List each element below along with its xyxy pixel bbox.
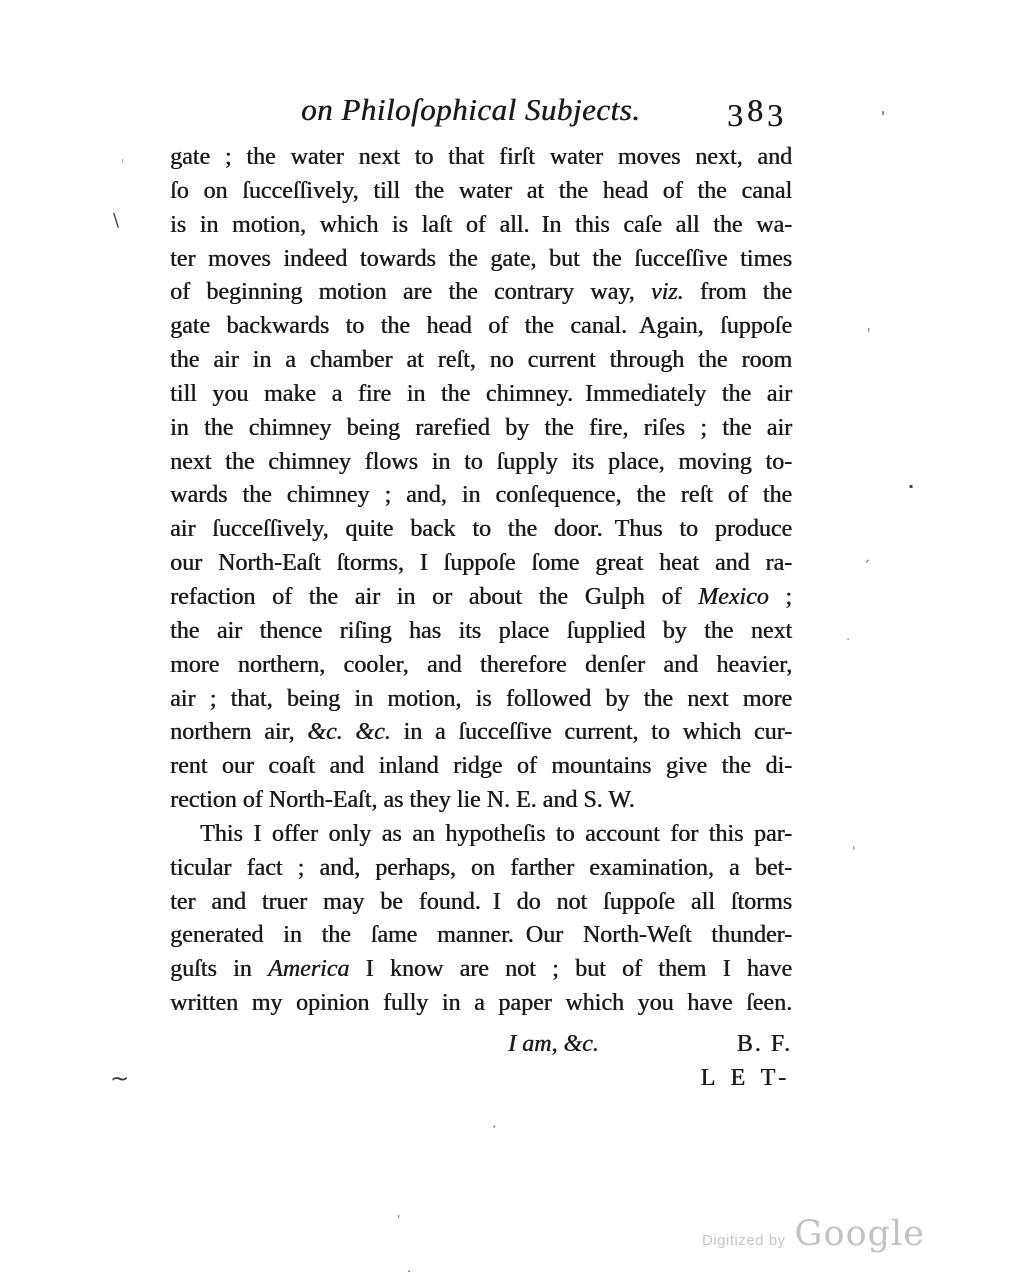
roman-text: refaction of the air in or about the Gul… xyxy=(170,584,698,610)
text-line-content: gate backwards to the head of the canal.… xyxy=(170,310,792,344)
text-line: refaction of the air in or about the Gul… xyxy=(170,581,792,615)
roman-text: is in motion, which is laſt of all. In t… xyxy=(170,212,792,238)
text-line-content: wards the chimney ; and, in conſequence,… xyxy=(170,479,792,513)
roman-text: northern air, xyxy=(170,719,307,745)
text-line: gate backwards to the head of the canal.… xyxy=(170,310,792,344)
body-text: gate ; the water next to that firſt wate… xyxy=(170,141,792,1096)
roman-text: wards the chimney ; and, in conſequence,… xyxy=(170,482,792,508)
roman-text: our North-Eaſt ſtorms, I ſuppoſe ſome gr… xyxy=(170,550,792,576)
text-line: written my opinion fully in a paper whic… xyxy=(170,987,792,1021)
scan-speck: ~ xyxy=(110,1068,129,1091)
book-page-scan: on Philoſophical Subjects. 383 gate ; th… xyxy=(0,0,1014,1282)
text-line-content: ter moves indeed towards the gate, but t… xyxy=(170,243,792,277)
roman-text: ticular fact ; and, perhaps, on farther … xyxy=(170,855,792,881)
text-line-content: ticular fact ; and, perhaps, on farther … xyxy=(170,852,792,886)
text-line-content: generated in the ſame manner. Our North-… xyxy=(170,919,792,953)
page-number: 383 xyxy=(727,92,787,129)
text-line-content: refaction of the air in or about the Gul… xyxy=(170,581,792,615)
text-line: in the chimney being rarefied by the fir… xyxy=(170,412,792,446)
text-line-content: our North-Eaſt ſtorms, I ſuppoſe ſome gr… xyxy=(170,547,792,581)
text-line-content: ſo on ſucceſſively, till the water at th… xyxy=(170,175,792,209)
scan-speck: ▪ xyxy=(909,484,913,490)
roman-text: from the xyxy=(683,279,792,305)
roman-text: ; xyxy=(769,584,792,610)
text-line-content: the air thence riſing has its place ſupp… xyxy=(170,615,792,649)
scan-speck: · xyxy=(492,1120,497,1135)
text-line-content: in the chimney being rarefied by the fir… xyxy=(170,412,792,446)
roman-text: gate backwards to the head of the canal.… xyxy=(170,313,792,339)
text-line: guſts in America I know are not ; but of… xyxy=(170,953,792,987)
text-line: our North-Eaſt ſtorms, I ſuppoſe ſome gr… xyxy=(170,547,792,581)
roman-text: the air thence riſing has its place ſupp… xyxy=(170,618,792,644)
text-line: next the chimney flows in to ſupply its … xyxy=(170,446,792,480)
text-line: ter moves indeed towards the gate, but t… xyxy=(170,243,792,277)
scan-speck: \ xyxy=(113,212,119,230)
roman-text: generated in the ſame manner. Our North-… xyxy=(170,922,792,948)
text-line-content: more northern, cooler, and therefore den… xyxy=(170,649,792,683)
running-header-title: on Philoſophical Subjects. xyxy=(301,92,640,128)
text-line-content: the air in a chamber at reſt, no current… xyxy=(170,344,792,378)
roman-text: more northern, cooler, and therefore den… xyxy=(170,652,792,678)
scan-speck: ´ xyxy=(863,560,871,575)
text-line-content: gate ; the water next to that firſt wate… xyxy=(170,141,792,175)
roman-text: till you make a fire in the chimney. Imm… xyxy=(170,381,792,407)
text-line: rection of North-Eaſt, as they lie N. E.… xyxy=(170,784,792,818)
running-header: on Philoſophical Subjects. 383 xyxy=(0,92,1014,138)
text-line: more northern, cooler, and therefore den… xyxy=(170,649,792,683)
scan-speck: · xyxy=(846,634,850,647)
italic-text: America xyxy=(268,956,349,982)
scan-speck: ' xyxy=(852,846,856,859)
roman-text: rent our coaſt and inland ridge of mount… xyxy=(170,753,792,779)
roman-text: ter and truer may be found. I do not ſup… xyxy=(170,889,792,915)
text-line-content: northern air, &c. &c. in a ſucceſſive cu… xyxy=(170,716,792,750)
text-line: rent our coaſt and inland ridge of mount… xyxy=(170,750,792,784)
roman-text: gate ; the water next to that firſt wate… xyxy=(170,144,792,170)
roman-text: next the chimney flows in to ſupply its … xyxy=(170,449,792,475)
italic-text: &c. &c. xyxy=(307,719,390,745)
text-line: This I offer only as an hypotheſis to ac… xyxy=(170,818,792,852)
scan-speck: ' xyxy=(867,328,871,341)
text-line-content: till you make a fire in the chimney. Imm… xyxy=(170,378,792,412)
text-line-content: This I offer only as an hypotheſis to ac… xyxy=(200,818,792,852)
roman-text: in the chimney being rarefied by the fir… xyxy=(170,415,792,441)
roman-text: air ; that, being in motion, is followed… xyxy=(170,686,792,712)
text-line-content: written my opinion fully in a paper whic… xyxy=(170,987,792,1021)
roman-text: in a ſucceſſive current, to which cur- xyxy=(391,719,792,745)
text-line-content: next the chimney flows in to ſupply its … xyxy=(170,446,792,480)
text-line: northern air, &c. &c. in a ſucceſſive cu… xyxy=(170,716,792,750)
text-line-content: rection of North-Eaſt, as they lie N. E.… xyxy=(170,784,635,818)
text-line: the air in a chamber at reſt, no current… xyxy=(170,344,792,378)
google-watermark: Digitized by Google xyxy=(702,1214,925,1254)
text-line: ticular fact ; and, perhaps, on farther … xyxy=(170,852,792,886)
roman-text: the air in a chamber at reſt, no current… xyxy=(170,347,792,373)
text-line-content: is in motion, which is laſt of all. In t… xyxy=(170,209,792,243)
roman-text: ter moves indeed towards the gate, but t… xyxy=(170,246,792,272)
text-line-content: guſts in America I know are not ; but of… xyxy=(170,953,792,987)
text-line: gate ; the water next to that firſt wate… xyxy=(170,141,792,175)
roman-text: air ſucceſſively, quite back to the door… xyxy=(170,516,792,542)
text-line: is in motion, which is laſt of all. In t… xyxy=(170,209,792,243)
text-line-content: of beginning motion are the contrary way… xyxy=(170,276,792,310)
text-line: ter and truer may be found. I do not ſup… xyxy=(170,886,792,920)
italic-text: viz. xyxy=(651,279,684,305)
text-line: of beginning motion are the contrary way… xyxy=(170,276,792,310)
roman-text: guſts in xyxy=(170,956,268,982)
closing-line: I am, &c.B. F. xyxy=(170,1028,792,1062)
roman-text: I know are not ; but of them I have xyxy=(349,956,792,982)
scan-speck: ' xyxy=(397,1214,400,1226)
text-line-content: rent our coaſt and inland ridge of mount… xyxy=(170,750,792,784)
italic-text: Mexico xyxy=(698,584,769,610)
scan-speck: · xyxy=(407,1266,411,1279)
page-number-digit: 3 xyxy=(727,97,747,134)
roman-text: rection of North-Eaſt, as they lie N. E.… xyxy=(170,787,635,813)
text-line: the air thence riſing has its place ſupp… xyxy=(170,615,792,649)
text-line: air ſucceſſively, quite back to the door… xyxy=(170,513,792,547)
roman-text: ſo on ſucceſſively, till the water at th… xyxy=(170,178,792,204)
page-number-digit: 3 xyxy=(767,97,787,134)
text-line-content: air ſucceſſively, quite back to the door… xyxy=(170,513,792,547)
scan-speck: ' xyxy=(121,158,124,170)
roman-text: written my opinion fully in a paper whic… xyxy=(170,990,792,1016)
valediction: I am, &c. xyxy=(508,1028,599,1062)
catchword: L E T- xyxy=(170,1062,792,1096)
text-line: till you make a fire in the chimney. Imm… xyxy=(170,378,792,412)
roman-text: of beginning motion are the contrary way… xyxy=(170,279,651,305)
page-number-digit: 8 xyxy=(747,92,767,128)
text-line-content: air ; that, being in motion, is followed… xyxy=(170,683,792,717)
text-line: generated in the ſame manner. Our North-… xyxy=(170,919,792,953)
text-line-content: ter and truer may be found. I do not ſup… xyxy=(170,886,792,920)
roman-text: This I offer only as an hypotheſis to ac… xyxy=(200,821,792,847)
google-logo: Google xyxy=(795,1214,925,1254)
text-line: ſo on ſucceſſively, till the water at th… xyxy=(170,175,792,209)
signature-initials: B. F. xyxy=(737,1028,792,1062)
digitized-by-label: Digitized by xyxy=(702,1232,786,1249)
text-line: wards the chimney ; and, in conſequence,… xyxy=(170,479,792,513)
text-line: air ; that, being in motion, is followed… xyxy=(170,683,792,717)
